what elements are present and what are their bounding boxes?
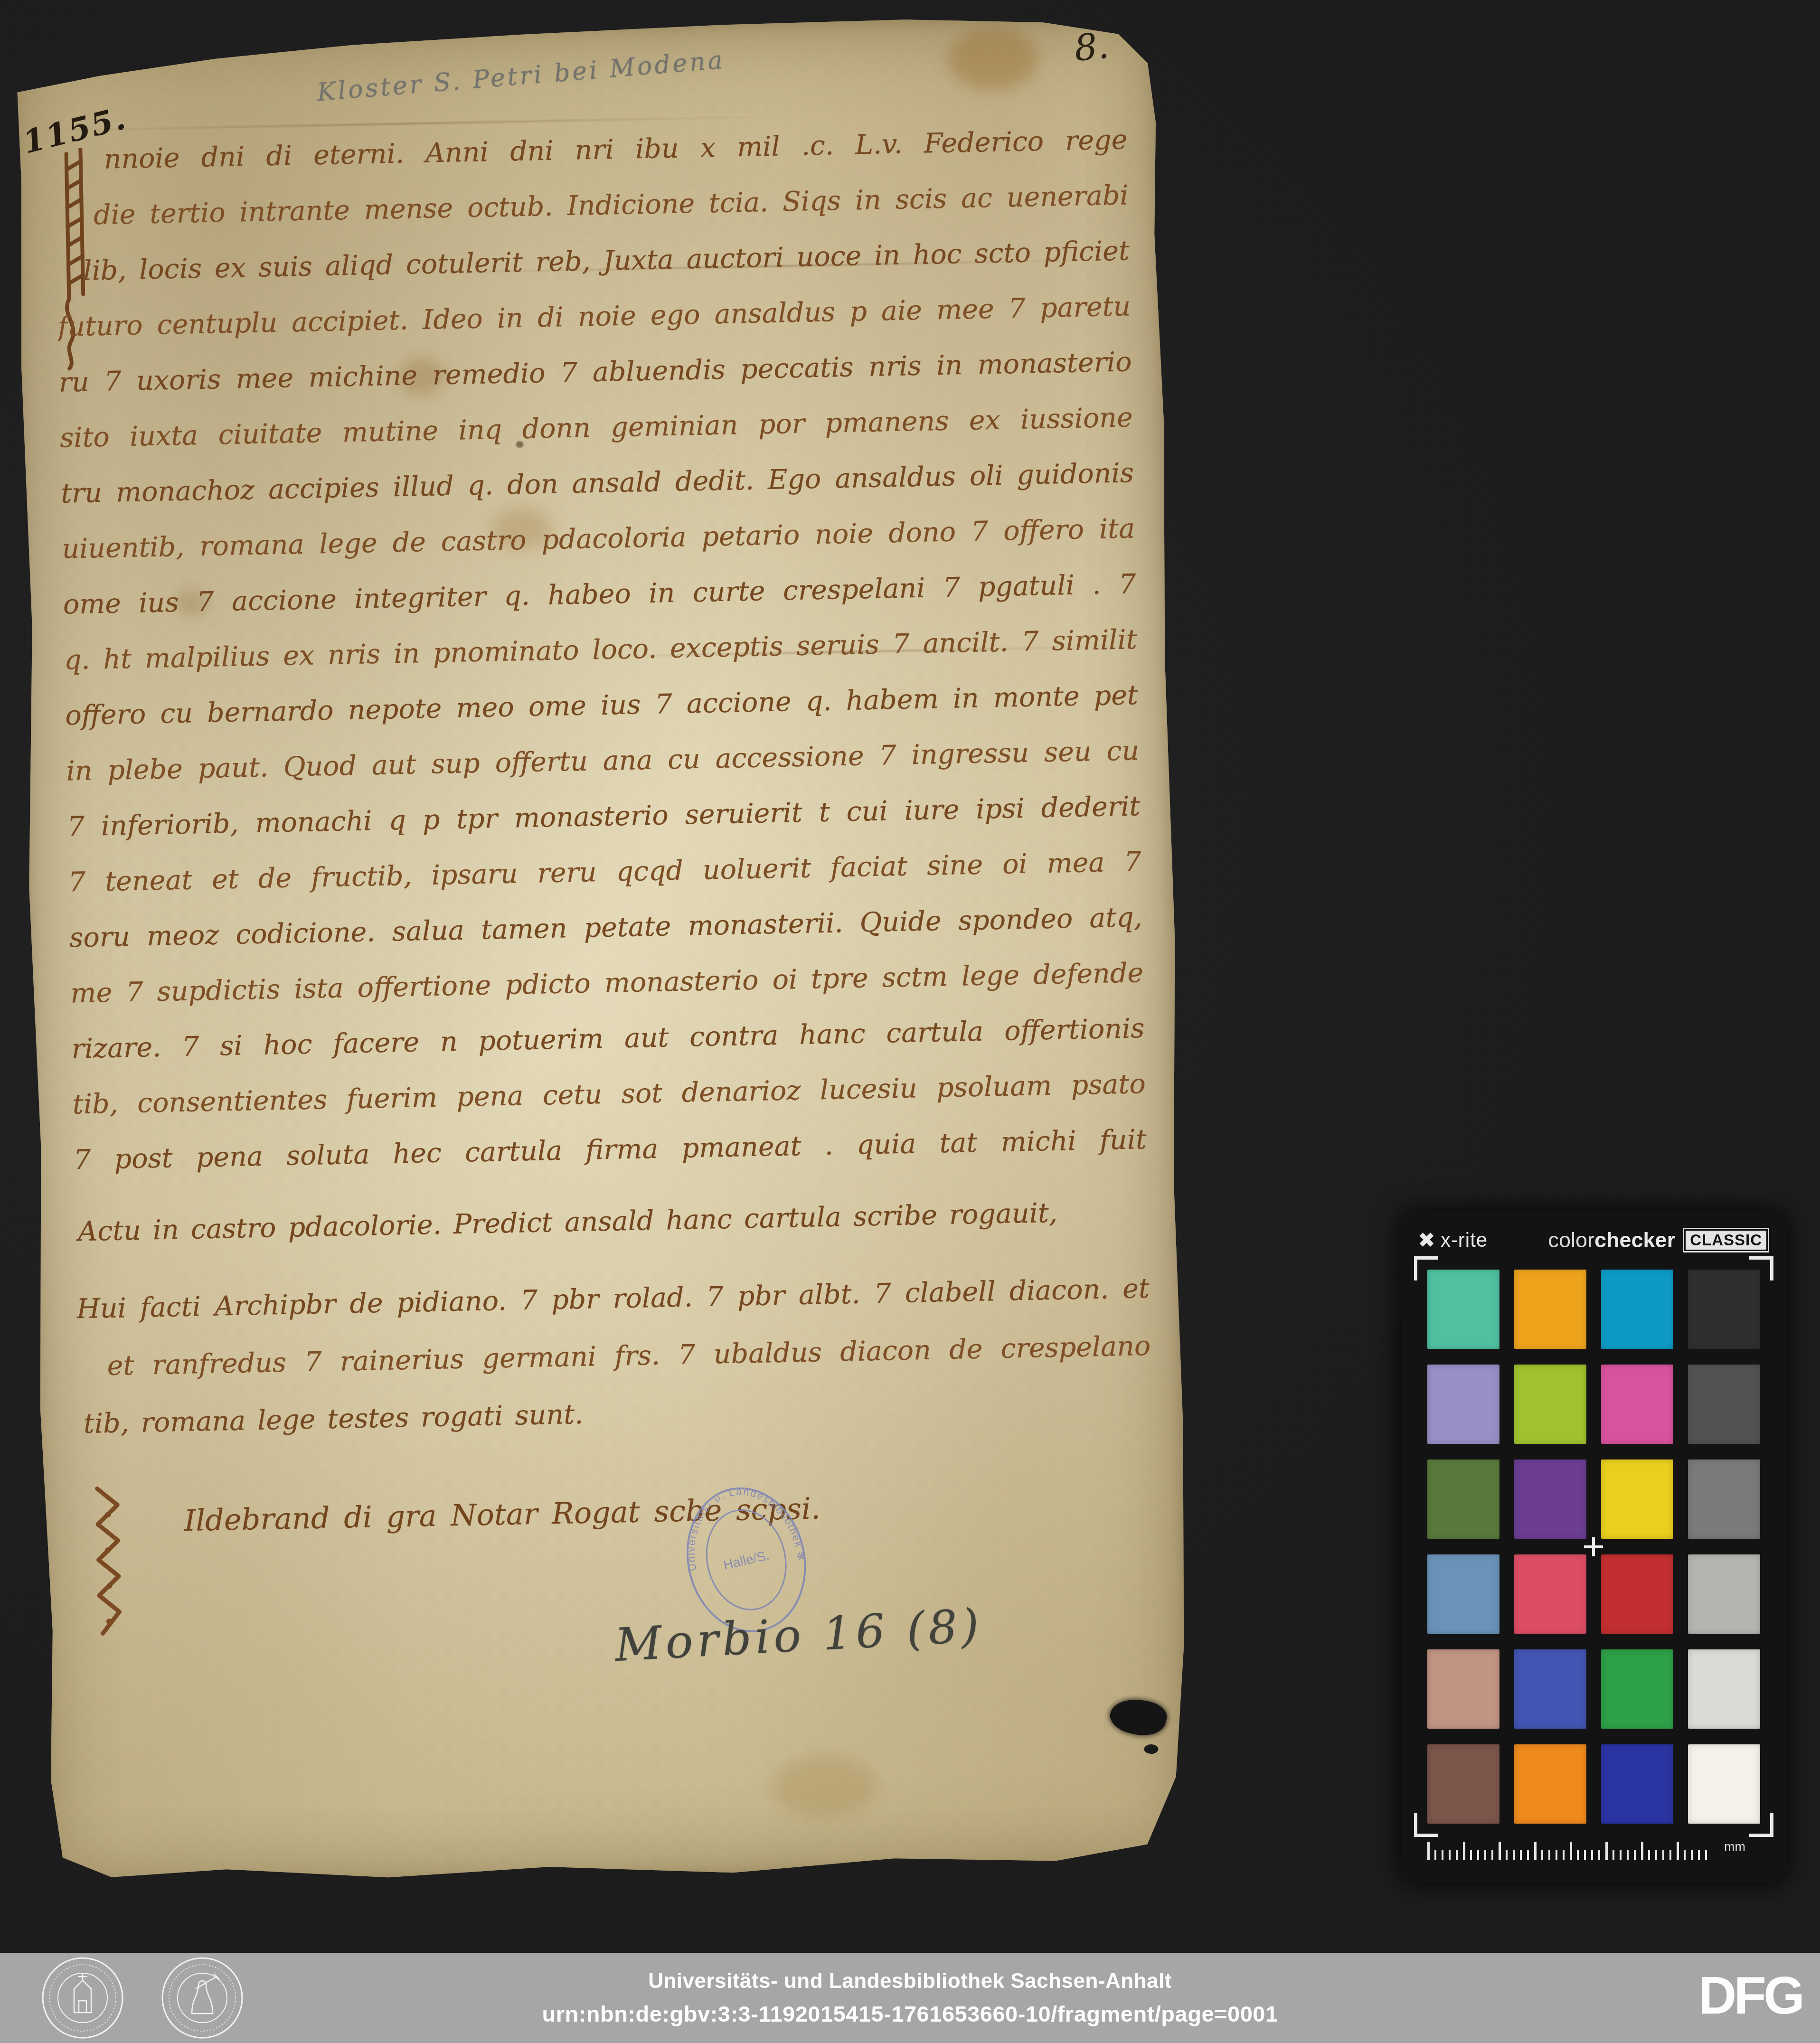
color-patch [1601, 1270, 1673, 1349]
color-patch [1688, 1365, 1760, 1444]
color-patch [1514, 1270, 1586, 1349]
parchment-stain [947, 28, 1038, 91]
colorchecker-header: ✖ x-rite colorchecker CLASSIC [1401, 1212, 1786, 1252]
colorchecker-title-bold: checker [1594, 1228, 1675, 1252]
archive-annotation: Kloster S. Petri bei Modena [316, 46, 726, 107]
color-patch [1601, 1649, 1673, 1729]
xrite-brand: ✖ x-rite [1418, 1228, 1488, 1252]
svg-text:Universitäts- u. Landesbibliot: Universitäts- u. Landesbibliothek ✻ [670, 1473, 808, 1587]
color-patch [1601, 1459, 1673, 1539]
actum-line: Actu in castro pdacolorie. Predict ansal… [75, 1184, 1149, 1260]
colorchecker-card: ✖ x-rite colorchecker CLASSIC mm [1401, 1212, 1786, 1882]
registration-bracket-icon [1749, 1813, 1773, 1837]
color-patch [1688, 1554, 1760, 1634]
color-patch [1427, 1365, 1499, 1444]
scan-stage: Kloster S. Petri bei Modena 1155. 8. nno… [0, 0, 1820, 2043]
parchment-page: Kloster S. Petri bei Modena 1155. 8. nno… [7, 11, 1194, 1892]
patch-grid-area [1427, 1270, 1760, 1824]
library-footer-bar: Universitäts- und Landesbibliothek Sachs… [0, 1953, 1820, 2043]
color-patch [1514, 1459, 1586, 1539]
color-patch [1601, 1744, 1673, 1824]
urn-identifier: urn:nbn:de:gbv:3:3-1192015415-1761653660… [542, 2001, 1278, 2027]
xrite-logo-icon: ✖ [1418, 1228, 1436, 1252]
color-patch [1427, 1744, 1499, 1824]
university-seals-icon [12, 1956, 278, 2040]
color-patch [1427, 1459, 1499, 1539]
classic-badge: CLASSIC [1683, 1228, 1769, 1252]
notary-sign-icon [88, 1483, 129, 1640]
colorchecker-title: colorchecker [1548, 1228, 1675, 1252]
parchment-hole-small [1144, 1744, 1158, 1754]
colorchecker-title-light: color [1548, 1228, 1594, 1252]
center-cross-icon [1584, 1537, 1603, 1556]
color-patch [1427, 1554, 1499, 1634]
color-patch [1688, 1459, 1760, 1539]
folio-number: 8. [1073, 24, 1111, 69]
dfg-logo: DFG [1698, 1965, 1802, 2026]
registration-bracket-icon [1414, 1256, 1438, 1280]
color-patch [1514, 1365, 1586, 1444]
xrite-brand-label: x-rite [1441, 1229, 1488, 1252]
color-patch [1514, 1554, 1586, 1634]
color-patch [1601, 1554, 1673, 1634]
charter-main-lines: nnoie dni di eterni. Anni dni nri ibu x … [54, 112, 1147, 1188]
footer-text-block: Universitäts- und Landesbibliothek Sachs… [542, 1969, 1278, 2027]
color-patch [1601, 1365, 1673, 1444]
charter-text-block: nnoie dni di eterni. Anni dni nri ibu x … [54, 112, 1156, 1641]
color-patch [1688, 1270, 1760, 1349]
color-patch [1514, 1649, 1586, 1729]
registration-bracket-icon [1414, 1813, 1438, 1837]
witness-lines: Hui facti Archipbr de pidiano. 7 pbr rol… [76, 1260, 1152, 1453]
mm-ruler [1427, 1842, 1712, 1860]
color-patch [1514, 1744, 1586, 1824]
registration-bracket-icon [1749, 1256, 1773, 1280]
library-name: Universitäts- und Landesbibliothek Sachs… [542, 1969, 1278, 1993]
ruler-row: mm [1427, 1842, 1712, 1860]
color-patch [1427, 1649, 1499, 1729]
notary-row: Ildebrand di gra Notar Rogat scbe scpsi. [80, 1464, 1156, 1641]
parchment-stain [772, 1754, 877, 1818]
stamp-ring-text: Universitäts- u. Landesbibliothek ✻ [670, 1473, 808, 1587]
stamp-center-text: Halle/S. [722, 1548, 771, 1572]
color-patch [1688, 1744, 1760, 1824]
color-patch [1427, 1270, 1499, 1349]
parchment-hole [1107, 1694, 1169, 1740]
ruler-unit-label: mm [1724, 1840, 1745, 1855]
color-patch [1688, 1649, 1760, 1729]
